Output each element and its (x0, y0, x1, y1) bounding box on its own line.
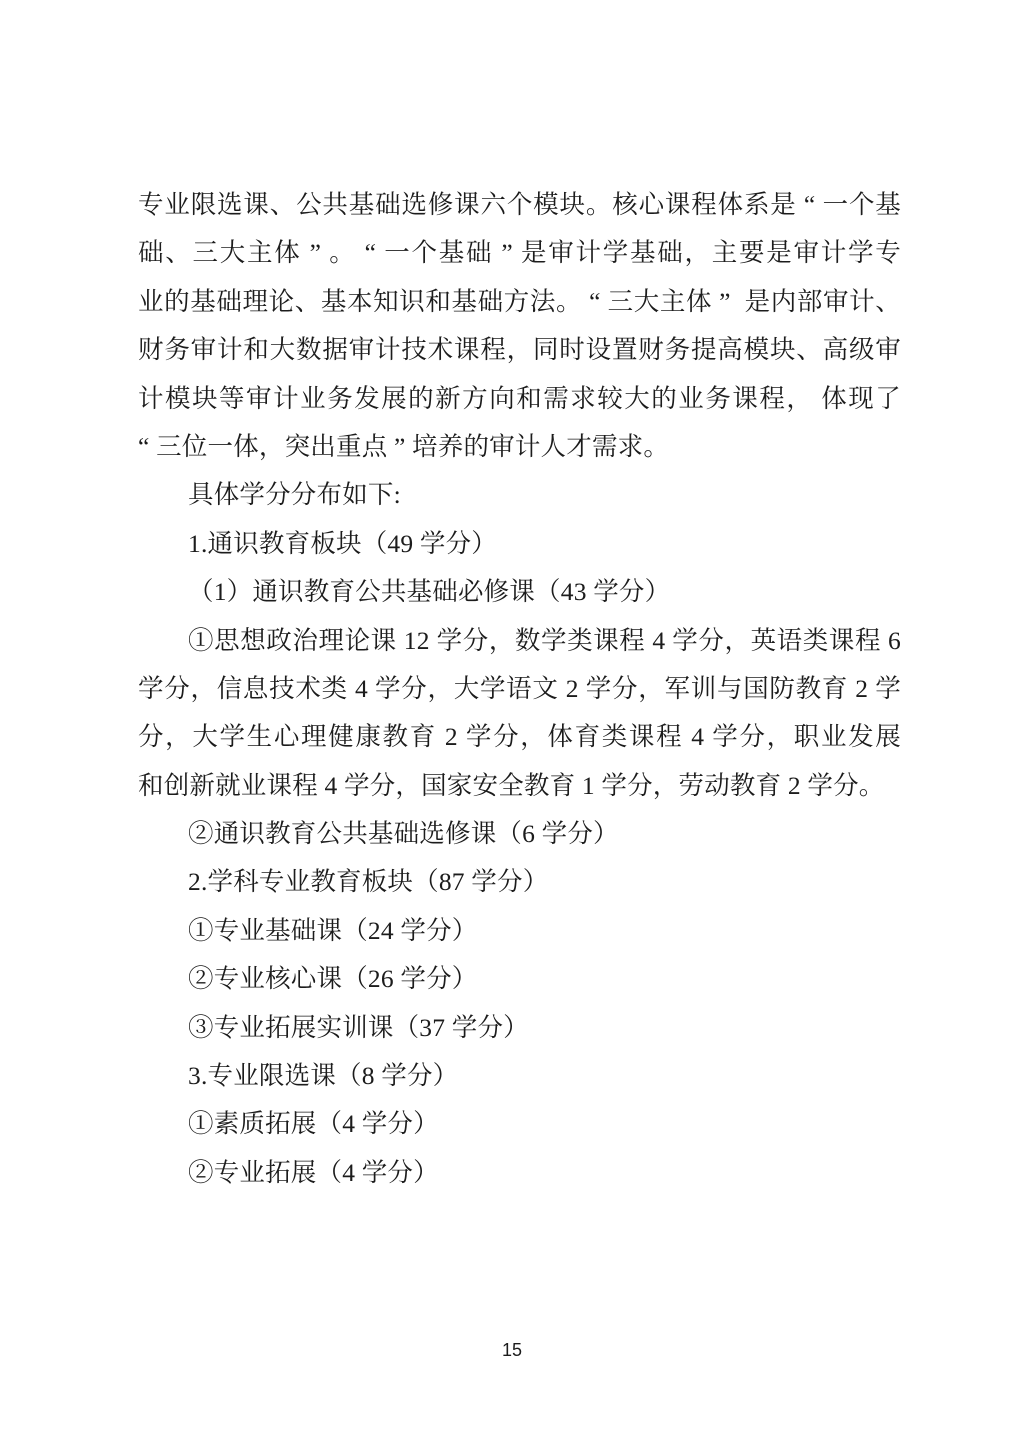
text-line: 础、三大主体 ” 。 “ 一个基础 ” 是审计学基础，主要是审计学专 (138, 229, 901, 277)
text-line: ①素质拓展（4 学分） (138, 1100, 901, 1148)
page-number: 15 (0, 1340, 1024, 1361)
text-line: 具体学分分布如下: (138, 471, 901, 519)
text-line: 专业限选课、公共基础选修课六个模块。核心课程体系是 “ 一个基 (138, 181, 901, 229)
text-line: 1.通识教育板块（49 学分） (138, 520, 901, 568)
text-line: 和创新就业课程 4 学分，国家安全教育 1 学分，劳动教育 2 学分。 (138, 762, 901, 810)
text-line: ①专业基础课（24 学分） (138, 907, 901, 955)
text-line: ①思想政治理论课 12 学分，数学类课程 4 学分，英语类课程 6 (138, 617, 901, 665)
text-line: 计模块等审计业务发展的新方向和需求较大的业务课程， 体现了 (138, 375, 901, 423)
text-line: 3.专业限选课（8 学分） (138, 1052, 901, 1100)
text-line: 财务审计和大数据审计技术课程，同时设置财务提高模块、高级审 (138, 326, 901, 374)
body-text: 专业限选课、公共基础选修课六个模块。核心课程体系是 “ 一个基础、三大主体 ” … (138, 181, 901, 1197)
text-line: （1）通识教育公共基础必修课（43 学分） (138, 568, 901, 616)
text-line: ②通识教育公共基础选修课（6 学分） (138, 810, 901, 858)
document-page: 专业限选课、公共基础选修课六个模块。核心课程体系是 “ 一个基础、三大主体 ” … (0, 0, 1024, 1448)
text-line: 业的基础理论、基本知识和基础方法。 “ 三大主体 ” 是内部审计、 (138, 278, 901, 326)
text-line: ②专业拓展（4 学分） (138, 1149, 901, 1197)
text-line: ③专业拓展实训课（37 学分） (138, 1004, 901, 1052)
text-line: 2.学科专业教育板块（87 学分） (138, 858, 901, 906)
text-line: 分，大学生心理健康教育 2 学分，体育类课程 4 学分，职业发展 (138, 713, 901, 761)
text-line: 学分，信息技术类 4 学分，大学语文 2 学分，军训与国防教育 2 学 (138, 665, 901, 713)
text-line: “ 三位一体，突出重点 ” 培养的审计人才需求。 (138, 423, 901, 471)
text-line: ②专业核心课（26 学分） (138, 955, 901, 1003)
